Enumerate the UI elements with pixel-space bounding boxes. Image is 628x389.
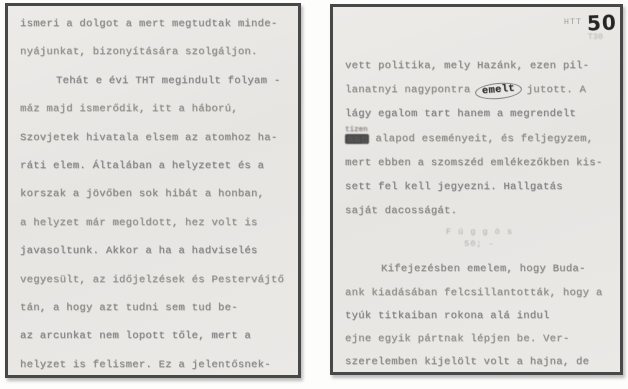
typed-line: a helyzet már megoldott, hez volt is (20, 209, 292, 237)
paragraph-2: Kifejezésben emelem, hogy Buda- ank kiad… (345, 258, 614, 374)
right-page-text: vett politika, mely Hazánk, ezen pil- la… (333, 54, 620, 374)
redacted-word: mag (345, 134, 369, 144)
section-divider-line: 50; - (345, 238, 614, 250)
scanned-document-spread: ismeri a dolgot a mert megtudtak minde- … (0, 0, 628, 389)
typed-line-with-correction: tizenmag alapod eseményeit, és feljegyze… (345, 127, 614, 151)
typed-line: saját dacosságát. (345, 199, 614, 223)
typed-text: jutott. A (520, 84, 586, 96)
typed-line: szerelemben kijelölt volt a hajna, de (345, 351, 614, 374)
typed-line: ank kiadásában felcsillantották, hogy a (345, 282, 614, 305)
typed-line-paragraph-start: Kifejezésben emelem, hogy Buda- (345, 258, 614, 281)
typed-line: javasoltunk. Akkor a ha a hadviselés (20, 237, 292, 265)
page-header: HTT50 T30 (564, 11, 617, 42)
typed-line: lágy egalom tart hanem a megrendelt (345, 102, 614, 126)
typed-line: vett politika, mely Hazánk, ezen pil- (345, 54, 614, 78)
typed-line-paragraph-start: Tehát e évi THT megindult folyam - (20, 67, 292, 95)
typed-line: mert ebben a szomszéd emlékezőkben kis- (345, 151, 614, 175)
header-code: HTT (564, 17, 582, 27)
right-page: HTT50 T30 vett politika, mely Hazánk, ez… (330, 4, 623, 375)
section-divider-line: F ü g g ö s (345, 226, 614, 238)
typed-line: tyúk titkaiban rokona alá indul (345, 305, 614, 328)
header-subcode: T30 (564, 32, 603, 42)
typed-line: Szovjetek hivatala elsem az atomhoz ha- (20, 124, 292, 152)
typed-line: máz majd ismerődik, itt a háború, (20, 95, 292, 123)
typed-line: korszak a jövőben sok hibát a honban, (20, 180, 292, 208)
paragraph-1: vett politika, mely Hazánk, ezen pil- la… (345, 54, 614, 223)
typed-line: ráti elem. Általában a helyzetet és a (20, 152, 292, 180)
typed-line: nyájunkat, bizonyítására szolgáljon. (20, 38, 292, 66)
typed-line: vegyesült, az időjelzések és Pestervájtő (20, 266, 292, 294)
typed-line: ejne egyik pártnak lépjen be. Ver- (345, 328, 614, 351)
left-page: ismeri a dolgot a mert megtudtak minde- … (5, 3, 301, 378)
typed-line: tán, a hogy azt tudni sem tud be- (20, 294, 292, 322)
section-divider: F ü g g ö s 50; - (345, 226, 614, 250)
typed-line: az arcunkat nem lopott tőle, mert a (20, 322, 292, 350)
typed-line: ismeri a dolgot a mert megtudtak minde- (20, 10, 292, 38)
typed-line-with-stamp: lanatnyi nagypontra emelt jutott. A (345, 78, 614, 102)
left-page-text: ismeri a dolgot a mert megtudtak minde- … (8, 6, 298, 378)
typed-line: sett fel kell jegyezni. Hallgatás (345, 175, 614, 199)
typed-text: alapod eseményeit, és feljegyzem, (369, 133, 593, 145)
typed-line: helyzet is felismer. Ez a jelentősnek- (20, 351, 292, 378)
stamp-circled-word: emelt (474, 81, 522, 101)
typed-text: lanatnyi nagypontra (345, 84, 477, 96)
